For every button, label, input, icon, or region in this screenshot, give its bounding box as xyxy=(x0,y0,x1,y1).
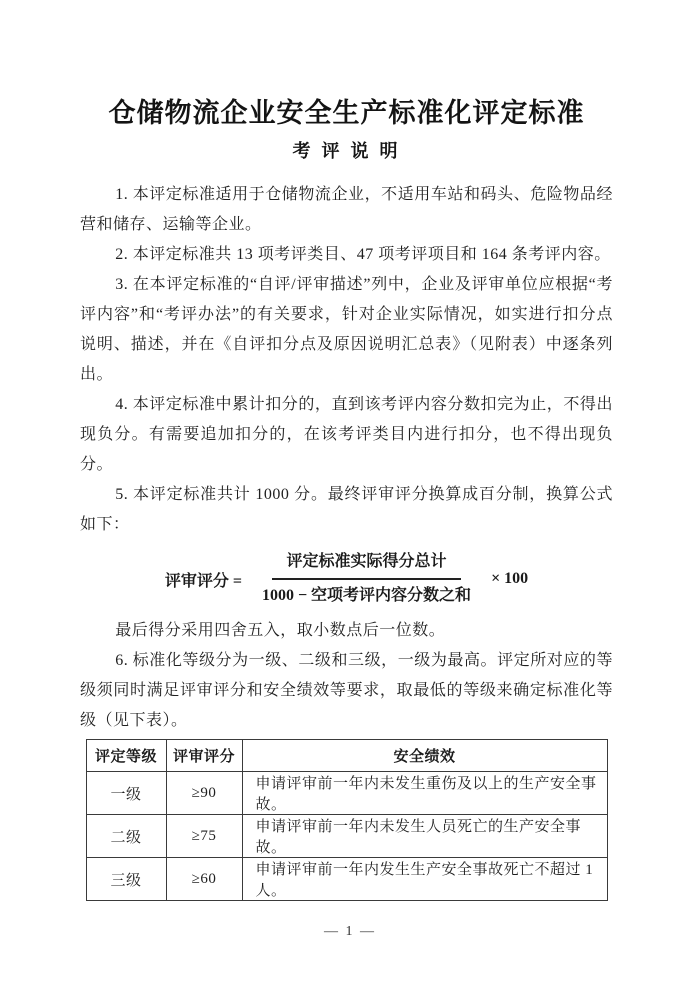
formula-numerator: 评定标准实际得分总计 xyxy=(272,550,460,580)
formula-lhs: 评审评分 = xyxy=(165,568,242,591)
table-row: 二级 ≥75 申请评审前一年内未发生人员死亡的生产安全事故。 xyxy=(86,815,607,858)
cell-performance: 申请评审前一年内发生生产安全事故死亡不超过 1 人。 xyxy=(242,858,607,901)
page-number: — 1 — xyxy=(0,924,700,940)
table-row: 一级 ≥90 申请评审前一年内未发生重伤及以上的生产安全事故。 xyxy=(86,772,607,815)
paragraph-2: 2. 本评定标准共 13 项考评类目、47 项考评项目和 164 条考评内容。 xyxy=(80,240,613,270)
table-header-row: 评定等级 评审评分 安全绩效 xyxy=(86,740,607,772)
cell-score: ≥60 xyxy=(166,858,242,901)
cell-score: ≥75 xyxy=(166,815,242,858)
cell-performance: 申请评审前一年内未发生人员死亡的生产安全事故。 xyxy=(242,815,607,858)
document-page: 仓储物流企业安全生产标准化评定标准 考 评 说 明 1. 本评定标准适用于仓储物… xyxy=(0,0,700,990)
paragraph-3: 3. 在本评定标准的“自评/评审描述”列中，企业及评审单位应根据“考评内容”和“… xyxy=(80,270,613,390)
cell-performance: 申请评审前一年内未发生重伤及以上的生产安全事故。 xyxy=(242,772,607,815)
cell-grade: 二级 xyxy=(86,815,166,858)
formula-multiplier: × 100 xyxy=(491,570,528,588)
document-body: 1. 本评定标准适用于仓储物流企业，不适用车站和码头、危险物品经营和储存、运输等… xyxy=(80,180,613,736)
paragraph-5: 5. 本评定标准共计 1000 分。最终评审评分换算成百分制，换算公式如下： xyxy=(80,480,613,540)
paragraph-6: 6. 标准化等级分为一级、二级和三级，一级为最高。评定所对应的等级须同时满足评审… xyxy=(80,646,613,736)
header-grade: 评定等级 xyxy=(86,740,166,772)
cell-grade: 三级 xyxy=(86,858,166,901)
cell-score: ≥90 xyxy=(166,772,242,815)
formula-note: 最后得分采用四舍五入，取小数点后一位数。 xyxy=(80,616,613,646)
score-formula: 评审评分 = 评定标准实际得分总计 1000 − 空项考评内容分数之和 × 10… xyxy=(80,550,613,608)
cell-grade: 一级 xyxy=(86,772,166,815)
formula-fraction: 评定标准实际得分总计 1000 − 空项考评内容分数之和 xyxy=(248,550,485,608)
header-score: 评审评分 xyxy=(166,740,242,772)
table-row: 三级 ≥60 申请评审前一年内发生生产安全事故死亡不超过 1 人。 xyxy=(86,858,607,901)
paragraph-4: 4. 本评定标准中累计扣分的，直到该考评内容分数扣完为止，不得出现负分。有需要追… xyxy=(80,390,613,480)
formula-denominator: 1000 − 空项考评内容分数之和 xyxy=(248,580,485,608)
page-title: 仓储物流企业安全生产标准化评定标准 xyxy=(80,96,613,130)
page-subtitle: 考 评 说 明 xyxy=(80,139,613,163)
paragraph-1: 1. 本评定标准适用于仓储物流企业，不适用车站和码头、危险物品经营和储存、运输等… xyxy=(80,180,613,240)
header-performance: 安全绩效 xyxy=(242,740,607,772)
grade-table: 评定等级 评审评分 安全绩效 一级 ≥90 申请评审前一年内未发生重伤及以上的生… xyxy=(86,739,608,901)
